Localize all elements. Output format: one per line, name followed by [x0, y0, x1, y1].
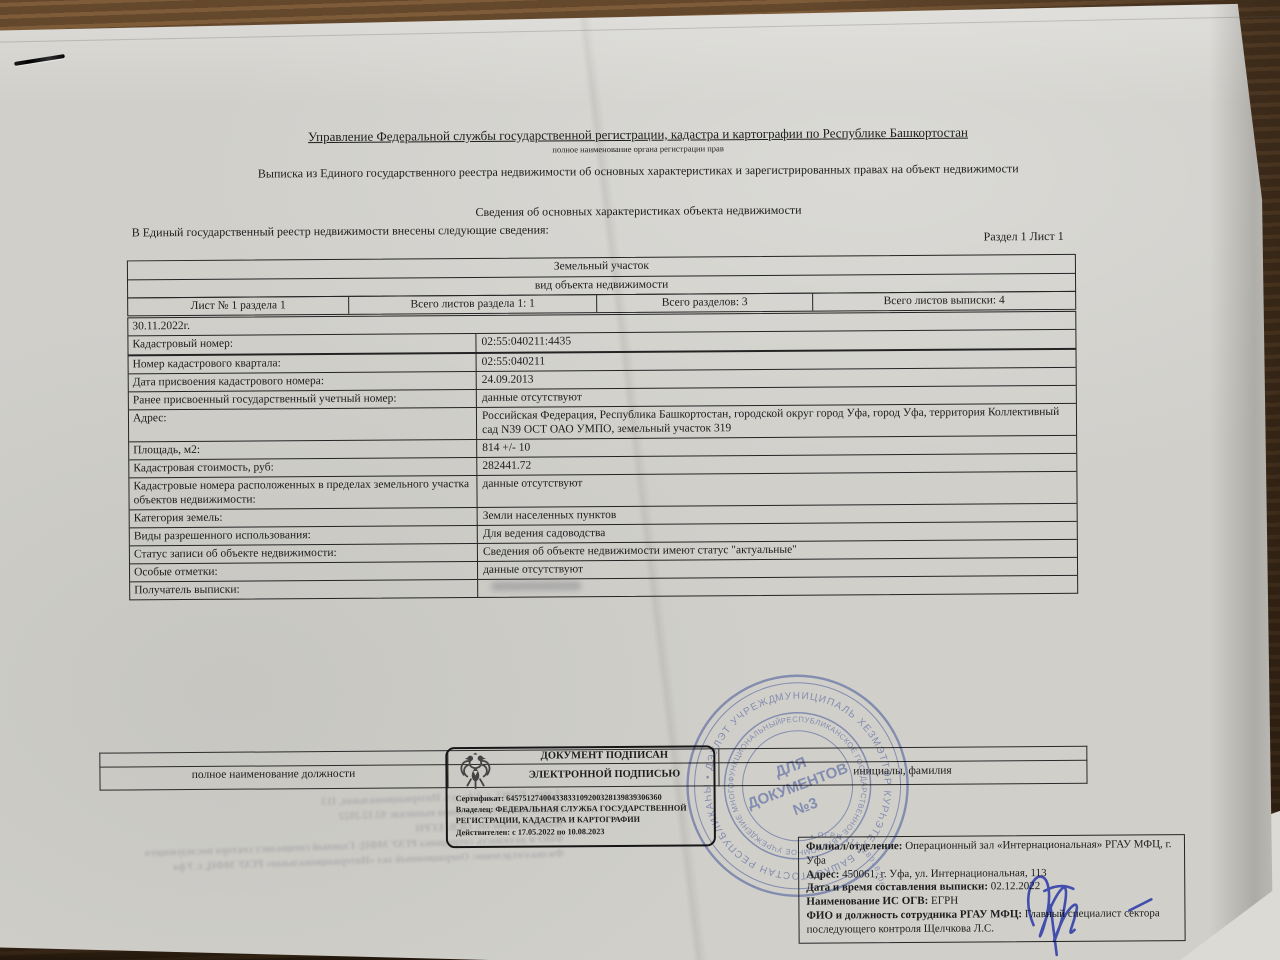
esig-validity: Действителен: с 17.05.2022 по 10.08.2023: [456, 825, 709, 838]
intro-line: В Единый государственный реестр недвижим…: [132, 222, 549, 240]
double-eagle-icon: [456, 751, 494, 791]
row-label: Кадастровый номер:: [128, 334, 476, 354]
row-label: Кадастровая стоимость, руб:: [129, 458, 477, 477]
row-label: Особые отметки:: [130, 562, 478, 581]
table-row-address: Адрес:Российская Федерация, Республика Б…: [129, 403, 1076, 442]
footer-label: Наименование ИС ОГВ:: [806, 895, 928, 908]
photo-of-document: { "header": { "authority": "Управление Ф…: [0, 0, 1280, 960]
footer-label: Адрес:: [806, 868, 839, 880]
sheet-cell: Всего листов раздела 1: 1: [349, 295, 597, 314]
row-label: Виды разрешенного использования:: [130, 526, 478, 545]
sheet-cell: Лист № 1 раздела 1: [128, 297, 349, 316]
sheet-cell: Всего листов выписки: 4: [813, 292, 1075, 311]
document-title: Выписка из Единого государственного реес…: [118, 160, 1158, 182]
row-value: данные отсутствуют: [477, 472, 1076, 507]
footer-label: Филиал/отделение:: [806, 840, 903, 853]
row-label: Ранее присвоенный государственный учетны…: [129, 390, 477, 409]
row-value: [478, 576, 1077, 597]
ink-smudge: [491, 581, 581, 591]
position-caption: полное наименование должности: [99, 767, 447, 781]
row-label: Номер кадастрового квартала:: [129, 354, 477, 373]
row-label: Дата присвоения кадастрового номера:: [129, 372, 477, 391]
footer-label: ФИО и должность сотрудника РГАУ МФЦ:: [806, 908, 1022, 922]
table-row: Кадастровые номера расположенных в преде…: [129, 471, 1076, 510]
section-title: Сведения об основных характеристиках объ…: [139, 200, 1139, 222]
handwritten-signature: [1003, 844, 1174, 960]
footer-label: Дата и время составления выписки:: [806, 881, 988, 894]
row-label: Площадь, м2:: [129, 440, 477, 459]
sheet-cell: Всего разделов: 3: [597, 294, 813, 313]
stamp-center-line3: №3: [791, 795, 820, 820]
property-table: 30.11.2022г. Кадастровый номер:02:55:040…: [127, 311, 1078, 601]
row-label: Адрес:: [129, 408, 477, 441]
row-label: Кадастровые номера расположенных в преде…: [129, 476, 477, 509]
document-content: Управление Федеральной службы государств…: [0, 0, 1280, 960]
row-label: Получатель выписки:: [130, 580, 478, 599]
row-value: Российская Федерация, Республика Башкорт…: [477, 404, 1076, 439]
signature-rule: [1086, 746, 1087, 784]
row-label: Категория земель:: [130, 508, 478, 527]
esig-owner: Владелец: ФЕДЕРАЛЬНАЯ СЛУЖБА ГОСУДАРСТВЕ…: [456, 803, 709, 827]
row-label: Статус записи об объекте недвижимости:: [130, 544, 478, 563]
footer-value: ЕГРН: [931, 895, 958, 907]
section-page-label: Раздел 1 Лист 1: [864, 229, 1064, 245]
